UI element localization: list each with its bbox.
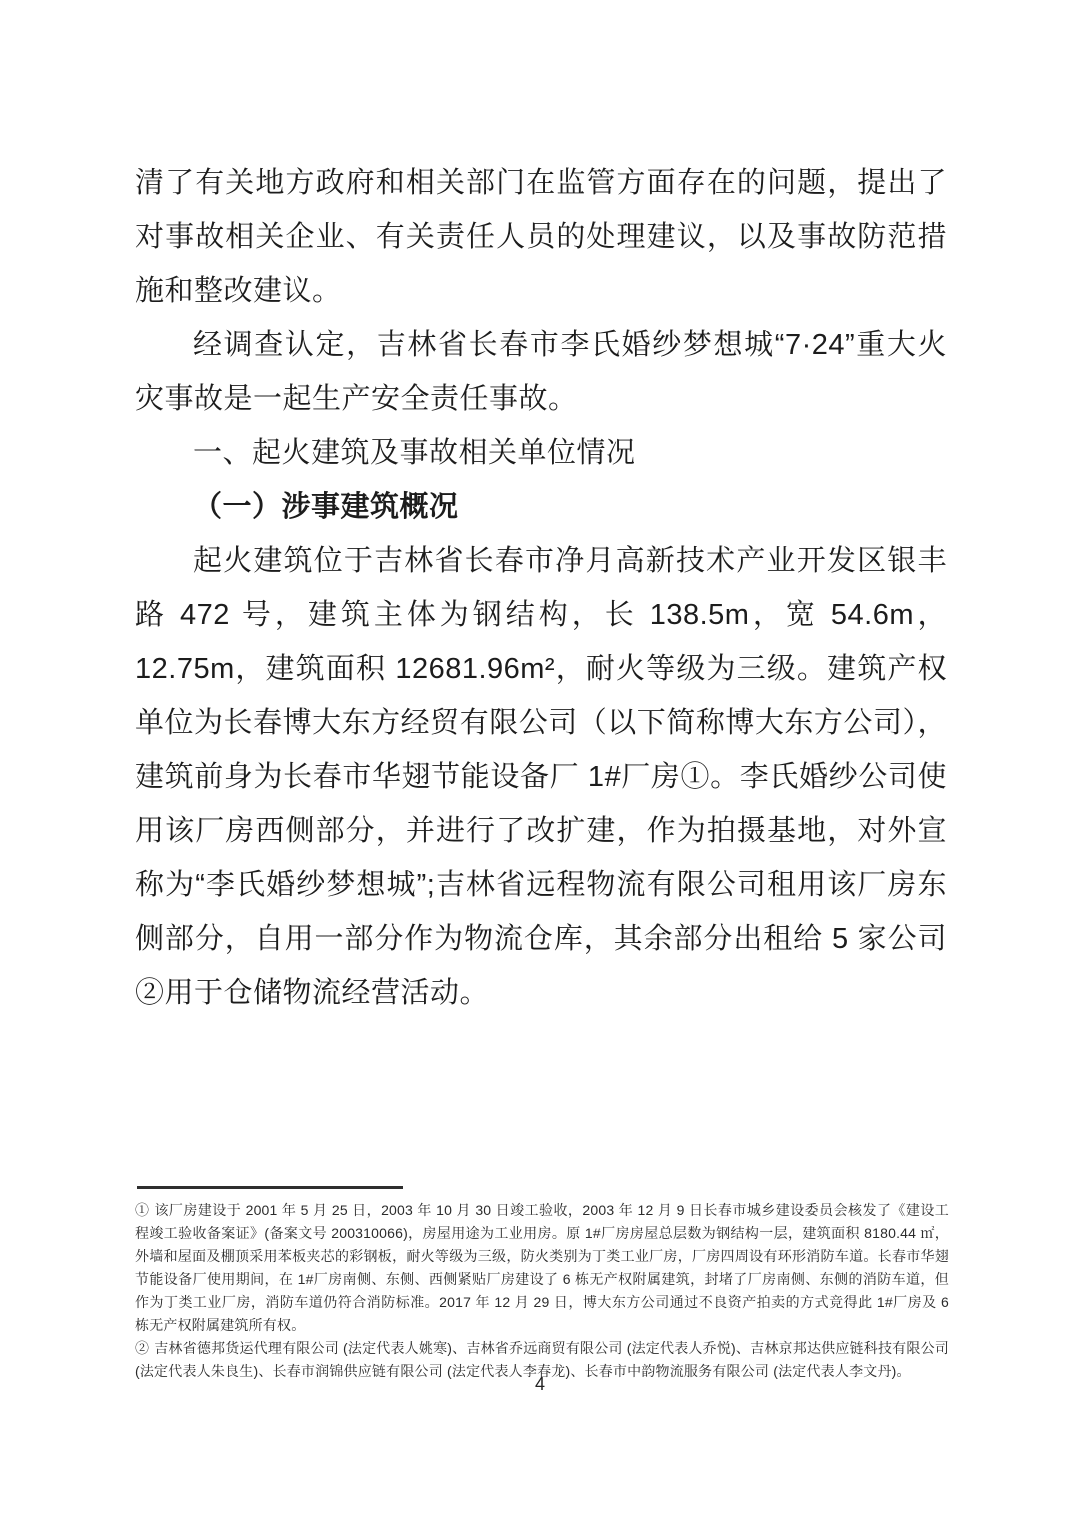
section-heading: 一、起火建筑及事故相关单位情况 [135, 426, 947, 480]
footnote-1-marker: ① [135, 1202, 149, 1218]
page-number: 4 [0, 1374, 1080, 1395]
footnote-area: ①该厂房建设于 2001 年 5 月 25 日，2003 年 10 月 30 日… [135, 1186, 949, 1383]
footnote-1: ①该厂房建设于 2001 年 5 月 25 日，2003 年 10 月 30 日… [135, 1199, 949, 1337]
paragraph-building-overview: 起火建筑位于吉林省长春市净月高新技术产业开发区银丰路 472 号，建筑主体为钢结… [135, 534, 947, 1020]
paragraph-continuation: 清了有关地方政府和相关部门在监管方面存在的问题，提出了对事故相关企业、有关责任人… [135, 156, 947, 318]
footnote-1-text: 该厂房建设于 2001 年 5 月 25 日，2003 年 10 月 30 日竣… [135, 1202, 949, 1333]
footnote-2-marker: ② [135, 1340, 149, 1356]
footnote-separator-rule [137, 1186, 403, 1189]
paragraph-finding: 经调查认定，吉林省长春市李氏婚纱梦想城“7·24”重大火灾事故是一起生产安全责任… [135, 318, 947, 426]
page-body: 清了有关地方政府和相关部门在监管方面存在的问题，提出了对事故相关企业、有关责任人… [135, 156, 947, 1020]
document-page: 清了有关地方政府和相关部门在监管方面存在的问题，提出了对事故相关企业、有关责任人… [0, 0, 1080, 1527]
subsection-heading: （一）涉事建筑概况 [135, 480, 947, 534]
